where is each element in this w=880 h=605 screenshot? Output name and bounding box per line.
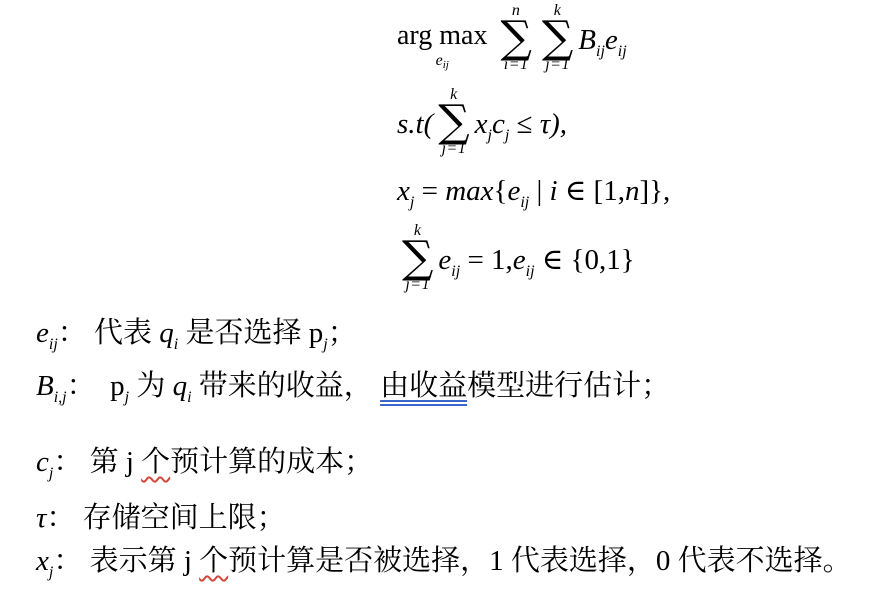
argmax-under-var: e <box>436 52 443 69</box>
var-c: c <box>492 108 505 140</box>
var-p: p <box>110 370 125 402</box>
definition-text: 预计算的成本； <box>170 446 373 478</box>
sum-operator-i: n∑i=1 <box>500 2 531 74</box>
objective-term: Bijeij <box>578 23 626 57</box>
colon: ： <box>58 317 87 349</box>
formula-block: arg maxeijn∑i=1k∑j=1Bijeij s.t(k∑j=1xjcj… <box>397 2 670 294</box>
definition-text: 是否选择 <box>178 317 309 349</box>
grammar-marked-text: 由收益 <box>380 370 467 402</box>
symbol-B-sub: i,j <box>54 389 67 406</box>
sigma-icon: ∑ <box>542 20 573 55</box>
var-p: p <box>309 317 324 349</box>
bar-symbol: | <box>529 175 549 207</box>
sum-operator-j: k∑j=1 <box>402 222 433 294</box>
definition-text: 带来的收益， <box>192 370 381 402</box>
leq-symbol: ≤ <box>509 108 539 140</box>
var-e-sub: ij <box>520 194 529 211</box>
spelling-marked-text: 个 <box>141 446 170 478</box>
close-brace: ]}, <box>639 175 670 207</box>
var-B-sub: ij <box>596 43 605 60</box>
equals-one: = 1, <box>460 244 513 276</box>
definition-text: 为 <box>129 370 173 402</box>
var-B: B <box>578 24 596 56</box>
sigma-icon: ∑ <box>438 104 469 139</box>
sum-lower-limit: j=1 <box>405 276 430 294</box>
equals-symbol: = <box>414 175 445 207</box>
sum-lower-limit: i=1 <box>504 56 529 74</box>
colon: ： <box>67 370 96 402</box>
budget-term: xjcj ≤ τ), <box>475 107 567 141</box>
max-operator: max <box>445 175 493 207</box>
var-e: e <box>513 244 526 276</box>
symbol-c: c <box>36 446 49 478</box>
definition-text: 存储空间上限； <box>75 502 285 534</box>
colon: ： <box>46 502 75 534</box>
document-page: { "page": { "background": "#ffffff", "te… <box>0 0 880 605</box>
var-e-sub: ij <box>526 263 535 280</box>
symbol-e-sub: ij <box>49 336 58 353</box>
argmax-subscript: eij <box>436 53 449 73</box>
definition-text: ； <box>328 317 357 349</box>
definition-line-c: cj： 第 j 个预计算的成本； <box>36 443 373 481</box>
definition-text: 代表 <box>87 317 160 349</box>
formula-line-objective: arg maxeijn∑i=1k∑j=1Bijeij <box>397 2 670 74</box>
symbol-e: e <box>36 317 49 349</box>
symbol-tau: τ <box>36 502 46 534</box>
constraint-suffix: ), <box>550 108 567 140</box>
definition-line-x: xj： 表示第 j 个预计算是否被选择，1 代表选择，0 代表不选择。 <box>36 542 852 580</box>
element-of-set: ∈ {0,1} <box>535 244 635 276</box>
definition-line-e: eij： 代表 qi 是否选择 pj； <box>36 314 357 352</box>
argmax-operator: arg maxeij <box>397 21 487 71</box>
var-e: e <box>605 24 618 56</box>
definition-text: 模型进行估计； <box>467 370 670 402</box>
var-e-sub: ij <box>451 263 460 280</box>
definition-text: 预计算是否被选择，1 代表选择，0 代表不选择。 <box>228 545 852 577</box>
colon: ： <box>53 446 82 478</box>
formula-line-constraint-binary: k∑j=1eij = 1,eij ∈ {0,1} <box>397 222 670 294</box>
var-e: e <box>438 244 451 276</box>
definition-text: 第 j <box>82 446 141 478</box>
spelling-marked-text: 个 <box>199 545 228 577</box>
symbol-B: B <box>36 370 54 402</box>
var-e: e <box>507 175 520 207</box>
sum-operator-j: k∑j=1 <box>542 2 573 74</box>
sum-lower-limit: j=1 <box>442 140 467 158</box>
var-tau: τ <box>540 108 550 140</box>
var-q: q <box>159 317 174 349</box>
argmax-label: arg max <box>397 21 487 51</box>
var-x: x <box>397 175 410 207</box>
var-i: i <box>550 175 558 207</box>
argmax-under-sub: ij <box>443 59 449 71</box>
definition-text <box>96 370 111 402</box>
formula-line-constraint-budget: s.t(k∑j=1xjcj ≤ τ), <box>397 86 670 158</box>
open-brace: { <box>494 175 508 207</box>
sum-operator-j: k∑j=1 <box>438 86 469 158</box>
binary-term: eij = 1,eij ∈ {0,1} <box>438 243 634 277</box>
definition-text: 表示第 j <box>82 545 199 577</box>
var-x: x <box>475 108 488 140</box>
symbol-x: x <box>36 545 49 577</box>
sigma-icon: ∑ <box>402 240 433 275</box>
var-n: n <box>625 175 640 207</box>
var-e-sub: ij <box>618 43 627 60</box>
definition-line-B: Bi,j： pj 为 qi 带来的收益， 由收益模型进行估计； <box>36 367 670 405</box>
st-prefix: s.t( <box>397 107 433 141</box>
formula-line-constraint-max: xj = max{eij | i ∈ [1,n]}, <box>397 174 670 208</box>
element-of-symbol: ∈ [1, <box>558 175 625 207</box>
sum-lower-limit: j=1 <box>545 56 570 74</box>
sigma-icon: ∑ <box>500 20 531 55</box>
definition-line-tau: τ： 存储空间上限； <box>36 499 286 537</box>
colon: ： <box>53 545 82 577</box>
max-constraint: xj = max{eij | i ∈ [1,n]}, <box>397 174 670 208</box>
var-q: q <box>173 370 188 402</box>
